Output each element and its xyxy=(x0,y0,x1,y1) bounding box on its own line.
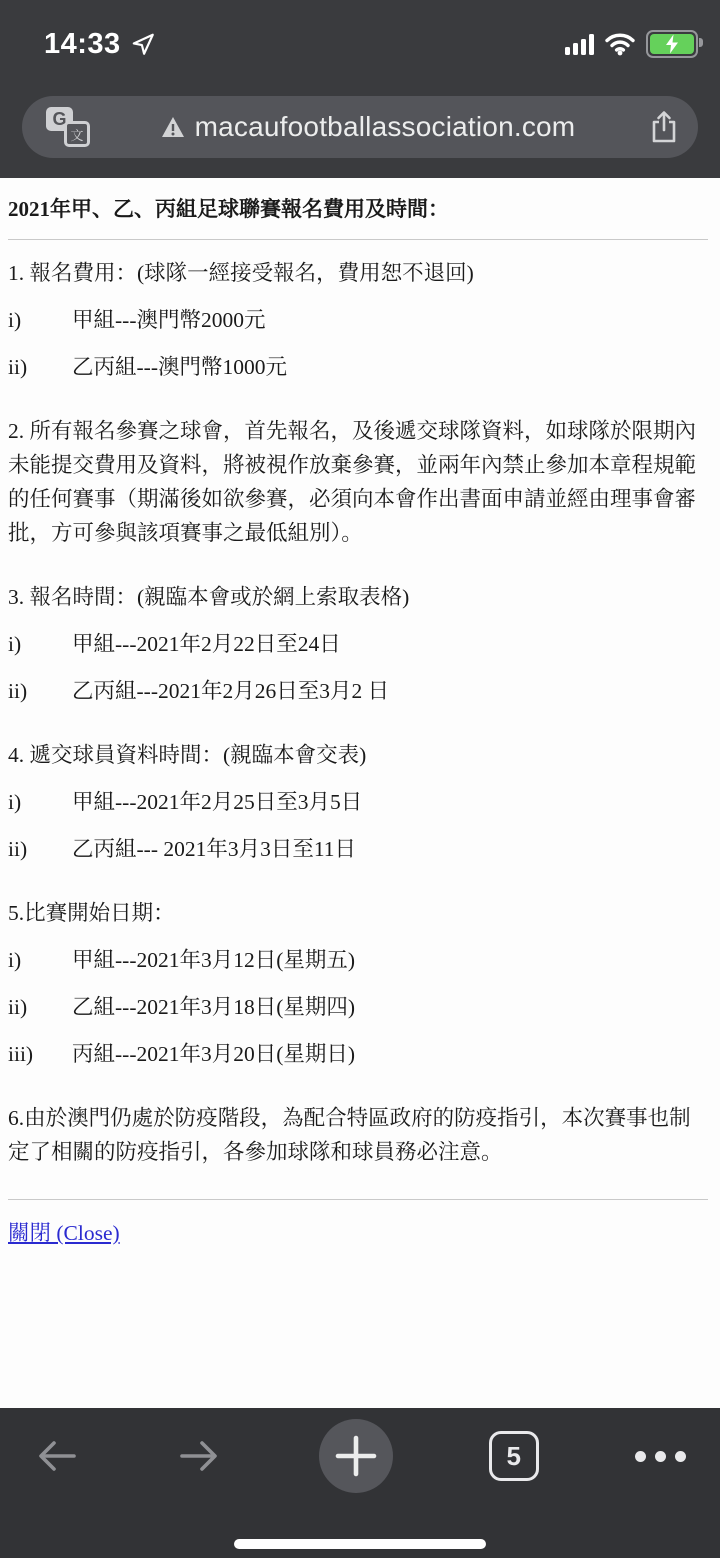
list-item: i)甲組---2021年2月22日至24日 xyxy=(8,627,710,661)
section-6-text: 6.由於澳門仍處於防疫階段，為配合特區政府的防疫指引，本次賽事也制定了相關的防疫… xyxy=(8,1101,710,1169)
list-item-text: 甲組---2021年3月12日(星期五) xyxy=(72,948,355,972)
url-bar[interactable]: G 文 macaufootballassociation.com xyxy=(22,96,698,158)
phone-screen: 14:33 xyxy=(0,0,720,1558)
clock: 14:33 xyxy=(44,28,121,61)
back-icon[interactable] xyxy=(34,1435,80,1477)
home-indicator[interactable] xyxy=(234,1539,486,1549)
section-1-text: 1. 報名費用：(球隊一經接受報名，費用恕不退回) xyxy=(8,256,710,290)
list-item-text: 乙丙組--- 2021年3月3日至11日 xyxy=(72,837,356,861)
web-page-content: 2021年甲、乙、丙組足球聯賽報名費用及時間： 1. 報名費用：(球隊一經接受報… xyxy=(0,178,720,1408)
list-item: ii)乙丙組---澳門幣1000元 xyxy=(8,350,710,384)
list-item: ii)乙丙組--- 2021年3月3日至11日 xyxy=(8,832,710,866)
list-marker: i) xyxy=(8,943,72,977)
section-2: 2. 所有報名參賽之球會，首先報名，及後遞交球隊資料，如球隊於限期內未能提交費用… xyxy=(8,414,710,550)
section-4: 4. 遞交球員資料時間：(親臨本會交表) i)甲組---2021年2月25日至3… xyxy=(8,738,710,866)
list-item-text: 乙丙組---澳門幣1000元 xyxy=(72,355,287,379)
section-1: 1. 報名費用：(球隊一經接受報名，費用恕不退回) i)甲組---澳門幣2000… xyxy=(8,256,710,384)
section-4-text: 4. 遞交球員資料時間：(親臨本會交表) xyxy=(8,738,710,772)
menu-icon[interactable] xyxy=(635,1451,686,1462)
list-item-text: 甲組---澳門幣2000元 xyxy=(72,308,265,332)
wifi-icon xyxy=(604,32,636,56)
list-item: ii)乙組---2021年3月18日(星期四) xyxy=(8,990,710,1024)
list-marker: ii) xyxy=(8,990,72,1024)
cellular-signal-icon xyxy=(565,33,594,55)
list-item: i)甲組---澳門幣2000元 xyxy=(8,303,710,337)
browser-top-chrome: 14:33 xyxy=(0,0,720,178)
list-marker: i) xyxy=(8,785,72,819)
status-bar: 14:33 xyxy=(0,0,720,64)
list-item: i)甲組---2021年3月12日(星期五) xyxy=(8,943,710,977)
list-item-text: 甲組---2021年2月25日至3月5日 xyxy=(72,790,362,814)
list-item: iii)丙組---2021年3月20日(星期日) xyxy=(8,1037,710,1071)
section-5-text: 5.比賽開始日期： xyxy=(8,896,710,930)
new-tab-button[interactable] xyxy=(319,1419,393,1493)
browser-toolbar: 5 xyxy=(0,1408,720,1504)
list-marker: iii) xyxy=(8,1037,72,1071)
forward-icon[interactable] xyxy=(176,1435,222,1477)
divider xyxy=(8,1199,708,1200)
list-item: i)甲組---2021年2月25日至3月5日 xyxy=(8,785,710,819)
list-marker: ii) xyxy=(8,350,72,384)
location-services-icon xyxy=(130,31,156,57)
not-secure-warning-icon xyxy=(161,116,185,138)
page-title: 2021年甲、乙、丙組足球聯賽報名費用及時間： xyxy=(8,194,710,224)
section-5: 5.比賽開始日期： i)甲組---2021年3月12日(星期五) ii)乙組--… xyxy=(8,896,710,1071)
list-item-text: 乙丙組---2021年2月26日至3月2 日 xyxy=(72,679,389,703)
list-item: ii)乙丙組---2021年2月26日至3月2 日 xyxy=(8,674,710,708)
section-3: 3. 報名時間：(親臨本會或於網上索取表格) i)甲組---2021年2月22日… xyxy=(8,580,710,708)
list-marker: i) xyxy=(8,627,72,661)
google-translate-icon[interactable]: G 文 xyxy=(46,107,92,147)
list-marker: ii) xyxy=(8,674,72,708)
tab-switcher-button[interactable]: 5 xyxy=(489,1431,539,1481)
list-item-text: 乙組---2021年3月18日(星期四) xyxy=(72,995,355,1019)
section-2-text: 2. 所有報名參賽之球會，首先報名，及後遞交球隊資料，如球隊於限期內未能提交費用… xyxy=(8,414,710,550)
tab-count: 5 xyxy=(507,1441,521,1472)
battery-charging-icon xyxy=(646,30,698,58)
list-item-text: 甲組---2021年2月22日至24日 xyxy=(72,632,341,656)
status-icons xyxy=(565,30,698,58)
divider xyxy=(8,239,708,240)
section-6: 6.由於澳門仍處於防疫階段，為配合特區政府的防疫指引，本次賽事也制定了相關的防疫… xyxy=(8,1101,710,1169)
share-icon[interactable] xyxy=(650,110,678,144)
close-link[interactable]: 關閉 (Close) xyxy=(8,1216,120,1247)
list-item-text: 丙組---2021年3月20日(星期日) xyxy=(72,1042,355,1066)
list-marker: ii) xyxy=(8,832,72,866)
url-domain[interactable]: macaufootballassociation.com xyxy=(195,111,576,143)
section-3-text: 3. 報名時間：(親臨本會或於網上索取表格) xyxy=(8,580,710,614)
list-marker: i) xyxy=(8,303,72,337)
browser-bottom-chrome: 5 xyxy=(0,1408,720,1558)
